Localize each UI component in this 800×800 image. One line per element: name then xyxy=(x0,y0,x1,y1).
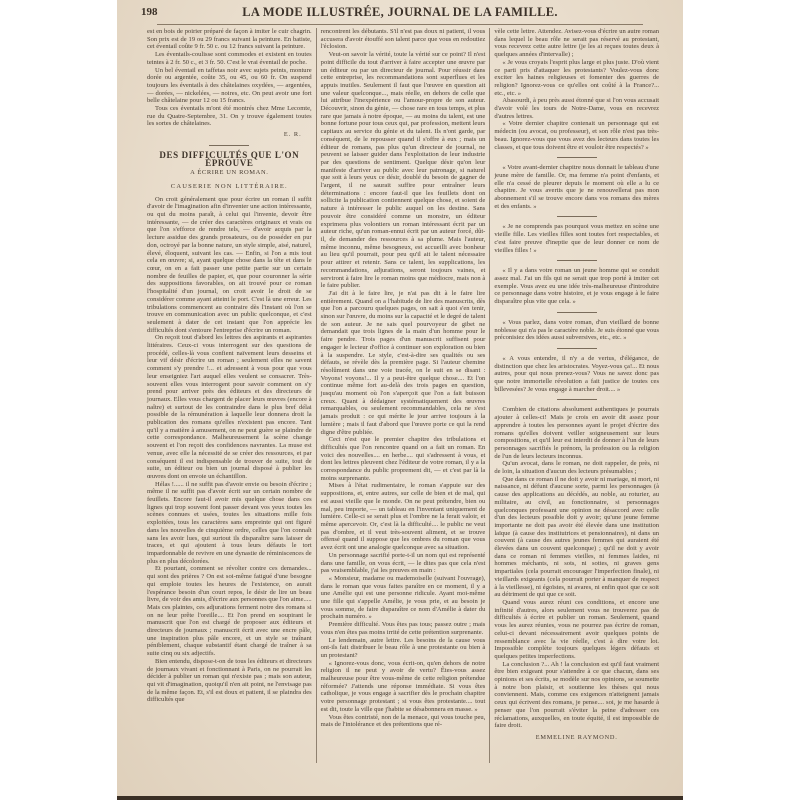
paragraph: « Votre dernier chapitre contenait un pe… xyxy=(494,120,659,151)
article-columns: est en bois de poirier préparé de façon … xyxy=(143,28,663,763)
column-1: est en bois de poirier préparé de façon … xyxy=(143,28,316,763)
paragraph: est en bois de poirier préparé de façon … xyxy=(147,28,312,51)
paragraph: Hélas !...... il ne suffit pas d'avoir e… xyxy=(147,481,312,566)
paragraph: Combien de citations absolument authenti… xyxy=(494,406,659,460)
separator-rule xyxy=(557,348,597,349)
paragraph: Abasourdi, à peu près aussi étonné que s… xyxy=(494,97,659,120)
paragraph: Vous êtes contristé, non de la menace, q… xyxy=(321,714,486,729)
paragraph: Bien entendu, dispose-t-on de tous les é… xyxy=(147,658,312,704)
paragraph: La conclusion ?... Ah ! la conclusion es… xyxy=(494,661,659,730)
separator-rule xyxy=(557,312,597,313)
paragraph: J'ai dit à le faire lire, je n'ai pas di… xyxy=(321,290,486,436)
intro-signature: E. R. xyxy=(147,131,302,139)
separator-rule xyxy=(557,157,597,158)
paragraph: rencontrent les débutants. S'il n'est pa… xyxy=(321,28,486,51)
separator-rule xyxy=(557,260,597,261)
paragraph: Tous ces éventails m'ont été montrés che… xyxy=(147,105,312,128)
section-heading: CAUSERIE NON LITTÉRAIRE. xyxy=(147,183,312,191)
paragraph: vèle cette lettre. Attendez. Avisez-vous… xyxy=(494,28,659,59)
separator-rule xyxy=(557,216,597,217)
paragraph: « A vous entendre, il n'y a de vertus, d… xyxy=(494,355,659,394)
newspaper-page: 198 LA MODE ILLUSTRÉE, JOURNAL DE LA FAM… xyxy=(117,0,683,800)
paragraph: On reçoit tout d'abord les lettres des a… xyxy=(147,334,312,480)
paragraph: Un bel éventail en taffetas noir avec su… xyxy=(147,67,312,106)
running-title: LA MODE ILLUSTRÉE, JOURNAL DE LA FAMILLE… xyxy=(141,5,659,20)
column-3: vèle cette lettre. Attendez. Avisez-vous… xyxy=(489,28,663,763)
article-subtitle: A ÉCRIRE UN ROMAN. xyxy=(147,169,312,177)
paragraph: Première difficulté. Vous êtes pas tous;… xyxy=(321,621,486,636)
paragraph: Que dans ce roman il ne doit y avoir ni … xyxy=(494,476,659,599)
paragraph: Quand vous aurez réuni ces conditions, e… xyxy=(494,599,659,661)
separator-rule xyxy=(557,399,597,400)
paragraph: Veut-on savoir la vérité, toute la vérit… xyxy=(321,51,486,290)
paragraph: « Vous parlez, dans votre roman, d'un vi… xyxy=(494,319,659,342)
paragraph: On croit généralement que pour écrire un… xyxy=(147,196,312,335)
paragraph: « Je ne comprends pas pourquoi vous mett… xyxy=(494,223,659,254)
paragraph: Ceci n'est que le premier chapitre des t… xyxy=(321,436,486,482)
author-signature: EMMELINE RAYMOND. xyxy=(494,734,659,742)
paragraph: Et pourtant, comment se révolter contre … xyxy=(147,565,312,657)
paragraph: Qu'un avocat, dans le roman, ne doit rap… xyxy=(494,460,659,475)
separator-rule xyxy=(209,145,249,146)
paragraph: Mises à l'état rudimentaire, le roman s'… xyxy=(321,482,486,551)
column-2: rencontrent les débutants. S'il n'est pa… xyxy=(316,28,490,763)
paragraph: « Ignorez-vous donc, vous écrit-on, qu'e… xyxy=(321,660,486,714)
paragraph: « Je vous croyais l'esprit plus large et… xyxy=(494,59,659,98)
paragraph: « Monsieur, madame ou mademoiselle (suiv… xyxy=(321,575,486,621)
paragraph: « Il y a dans votre roman un jeune homme… xyxy=(494,267,659,306)
paragraph: Le lendemain, autre lettre. Les besoins … xyxy=(321,637,486,660)
header-rule xyxy=(157,24,643,25)
article-title: DES DIFFICULTÉS QUE L'ON ÉPROUVE xyxy=(147,152,312,167)
fan-article-text: est en bois de poirier préparé de façon … xyxy=(147,28,312,128)
page-header: 198 LA MODE ILLUSTRÉE, JOURNAL DE LA FAM… xyxy=(141,2,659,22)
paragraph: Les éventails-coulisse sont commodes et … xyxy=(147,51,312,66)
paragraph: « Votre avant-dernier chapitre nous donn… xyxy=(494,164,659,210)
paragraph: Un personnage sacrifié porte-t-il un nom… xyxy=(321,552,486,575)
